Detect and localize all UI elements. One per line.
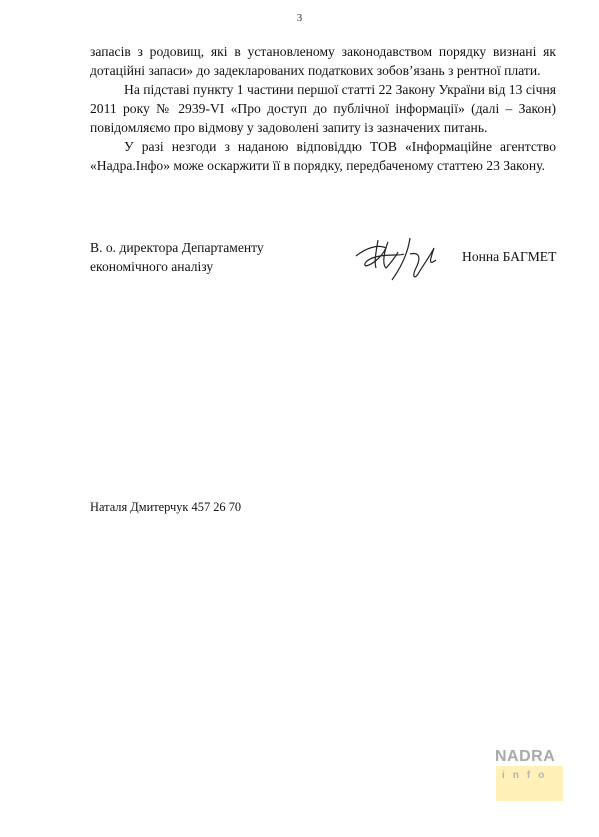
paragraph-refusal: На підставі пункту 1 частини першої стат… (90, 80, 556, 137)
paragraph-continuation: запасів з родовищ, які в установленому з… (90, 42, 556, 80)
signatory-title-line1: В. о. директора Департаменту (90, 238, 264, 257)
executor-contact: Наталя Дмитерчук 457 26 70 (90, 500, 241, 515)
page-number: 3 (0, 12, 599, 24)
nadra-info-watermark: NADRA info (493, 749, 565, 801)
letter-body: запасів з родовищ, які в установленому з… (90, 42, 556, 175)
watermark-sub: info (496, 766, 563, 801)
signatory-name: Нонна БАГМЕТ (462, 249, 556, 265)
watermark-brand: NADRA (493, 749, 565, 765)
signatory-title: В. о. директора Департаменту економічног… (90, 238, 264, 276)
handwritten-signature-icon (352, 234, 452, 286)
signatory-title-line2: економічного аналізу (90, 257, 264, 276)
signature-block: В. о. директора Департаменту економічног… (90, 238, 560, 298)
paragraph-appeal: У разі незгоди з наданою відповіддю ТОВ … (90, 137, 556, 175)
